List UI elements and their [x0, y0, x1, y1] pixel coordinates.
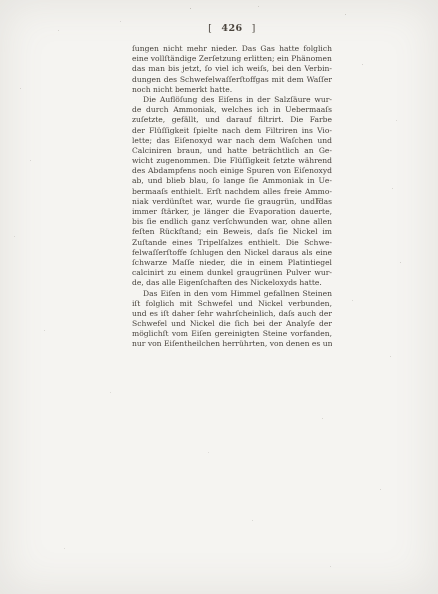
text-line: des Abdampfens noch einige Spuren von Ei…	[132, 166, 332, 176]
paper-noise	[0, 0, 1, 1]
text-line: lette; das Eiſenoxyd war nach dem Waſche…	[132, 136, 332, 146]
text-line: de, das alle Eigenſchaften des Nickeloxy…	[132, 278, 332, 288]
text-line: zuſetzte, gefällt, und darauf filtrirt. …	[132, 115, 332, 125]
text-line: niak verdünſtet war, wurde ſie graugrün,…	[132, 197, 332, 207]
text-line: nur von Eiſentheilchen herrührten, von d…	[132, 339, 332, 349]
paragraph: ſungen nicht mehr nieder. Das Gas hatte …	[132, 44, 332, 95]
text-line: ſchwarze Maſſe nieder, die in einem Plat…	[132, 258, 332, 268]
text-line: das man bis jetzt, ſo viel ich weiſs, be…	[132, 64, 332, 74]
text-line: felwaſſerſtoffe ſchlugen den Nickel dara…	[132, 248, 332, 258]
text-line: Das Eiſen in den vom Himmel gefallnen St…	[132, 289, 332, 299]
text-line: eine vollſtändige Zerſetzung erlitten; e…	[132, 54, 332, 64]
text-line: bis ſie endlich ganz verſchwunden war, o…	[132, 217, 332, 227]
paragraph: Die Auflöſung des Eiſens in der Salzſäur…	[132, 95, 332, 289]
text-line: noch nicht bemerkt hatte.	[132, 85, 332, 95]
text-line: iſt folglich mit Schwefel und Nickel ver…	[132, 299, 332, 309]
page-header: [426]	[132, 23, 332, 34]
text-line: möglichſt vom Eiſen gereinigten Steine v…	[132, 329, 332, 339]
text-line: Calciniren braun, und hatte beträchtlich…	[132, 146, 332, 156]
text-line: ab, und blieb blau, ſo lange ſie Ammonia…	[132, 176, 332, 186]
page-number: 426	[221, 23, 242, 34]
text-line: Schwefel und Nickel die ſich bei der Ana…	[132, 319, 332, 329]
bracket-close-text: ]	[252, 23, 256, 34]
text-line: Zuſtande eines Tripelſalzes enthielt. Di…	[132, 238, 332, 248]
body-text: ſungen nicht mehr nieder. Das Gas hatte …	[132, 44, 332, 350]
text-line: immer ſtärker, je länger die Evaporation…	[132, 207, 332, 217]
margin-mark: F	[315, 196, 321, 206]
text-line: der Flüſſigkeit ſpielte nach dem Filtrir…	[132, 126, 332, 136]
text-line: wicht zugenommen. Die Flüſſigkeit ſetzte…	[132, 156, 332, 166]
text-line: calcinirt zu einem dunkel graugrünen Pul…	[132, 268, 332, 278]
bracket-open-text: [	[208, 23, 212, 34]
text-line: de durch Ammoniak, welches ich in Ueberm…	[132, 105, 332, 115]
paragraph: Das Eiſen in den vom Himmel gefallnen St…	[132, 289, 332, 350]
book-page: [426] ſungen nicht mehr nieder. Das Gas …	[0, 0, 438, 594]
text-line: dungen des Schwefelwaſſerſtoffgas mit de…	[132, 75, 332, 85]
text-line: ſungen nicht mehr nieder. Das Gas hatte …	[132, 44, 332, 54]
text-line: bermaaſs enthielt. Erſt nachdem alles fr…	[132, 187, 332, 197]
text-line: Die Auflöſung des Eiſens in der Salzſäur…	[132, 95, 332, 105]
text-line: feſten Rückſtand; ein Beweis, daſs ſie N…	[132, 227, 332, 237]
text-line: und es iſt daher ſehr wahrſcheinlich, da…	[132, 309, 332, 319]
